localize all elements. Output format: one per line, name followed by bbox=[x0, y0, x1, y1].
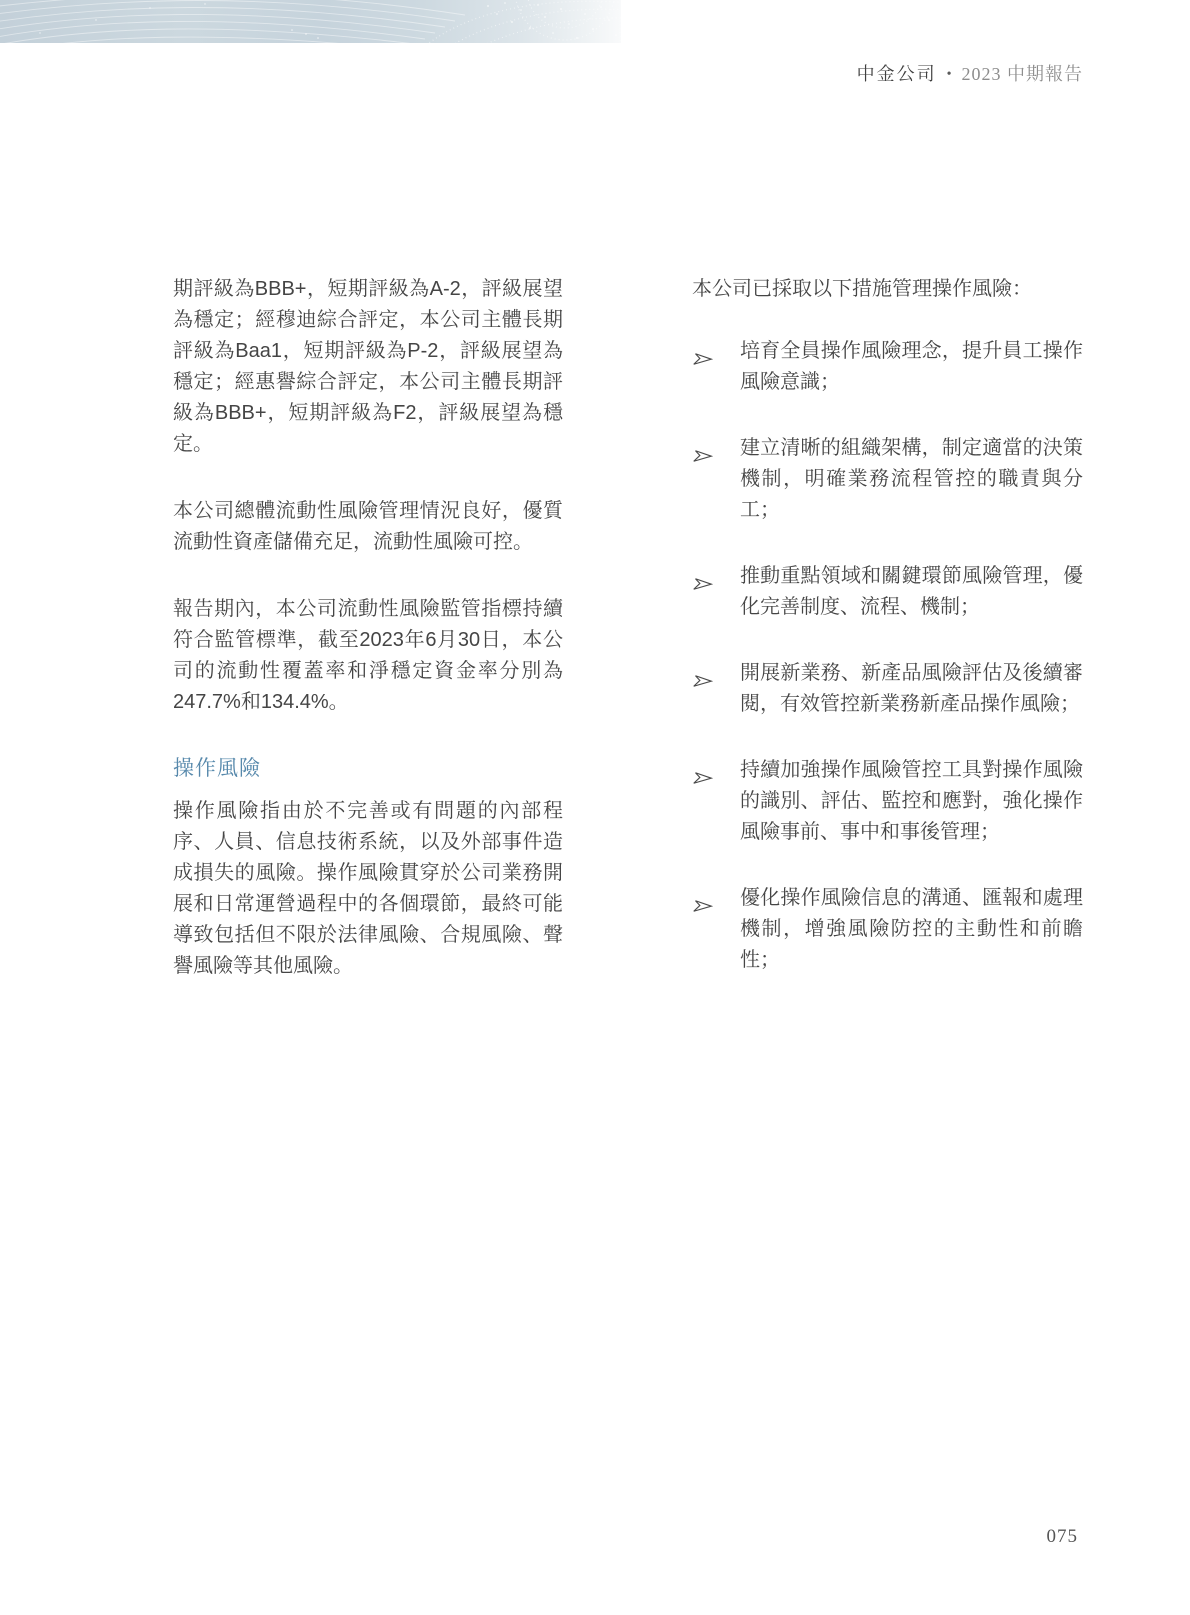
section-heading-operational-risk: 操作風險 bbox=[173, 754, 563, 784]
page-number: 075 bbox=[1047, 1526, 1079, 1548]
arrow-bullet-icon bbox=[692, 658, 740, 720]
bullet-item: 開展新業務、新產品風險評估及後續審閱，有效管控新業務新產品操作風險； bbox=[692, 658, 1083, 720]
arrow-bullet-icon bbox=[692, 336, 740, 398]
left-column: 期評級為BBB+，短期評級為A-2，評級展望為穩定；經穆迪綜合評定，本公司主體長… bbox=[173, 274, 563, 982]
header-decorative-band bbox=[0, 0, 621, 43]
bullet-item: 優化操作風險信息的溝通、匯報和處理機制，增強風險防控的主動性和前瞻性； bbox=[692, 883, 1083, 976]
arrow-bullet-icon bbox=[692, 755, 740, 848]
bullet-text: 優化操作風險信息的溝通、匯報和處理機制，增強風險防控的主動性和前瞻性； bbox=[740, 883, 1083, 976]
band-pattern-graphic bbox=[0, 0, 621, 43]
bullet-text: 開展新業務、新產品風險評估及後續審閱，有效管控新業務新產品操作風險； bbox=[740, 658, 1083, 720]
bullet-item: 推動重點領域和關鍵環節風險管理，優化完善制度、流程、機制； bbox=[692, 561, 1083, 623]
report-page: 中金公司•2023 中期報告 期評級為BBB+，短期評級為A-2，評級展望為穩定… bbox=[0, 0, 1190, 1615]
arrow-bullet-icon bbox=[692, 561, 740, 623]
paragraph-liquidity-management: 本公司總體流動性風險管理情況良好，優質流動性資產儲備充足，流動性風險可控。 bbox=[173, 496, 563, 558]
company-name: 中金公司 bbox=[857, 64, 937, 84]
bullet-item: 培育全員操作風險理念，提升員工操作風險意識； bbox=[692, 336, 1083, 398]
paragraph-liquidity-indicators: 報告期內，本公司流動性風險監管指標持續符合監管標準，截至2023年6月30日，本… bbox=[173, 594, 563, 718]
bullet-item: 持續加強操作風險管控工具對操作風險的識別、評估、監控和應對，強化操作風險事前、事… bbox=[692, 755, 1083, 848]
arrow-bullet-icon bbox=[692, 433, 740, 526]
measures-intro: 本公司已採取以下措施管理操作風險： bbox=[692, 274, 1083, 305]
bullet-text: 推動重點領域和關鍵環節風險管理，優化完善制度、流程、機制； bbox=[740, 561, 1083, 623]
header-separator-dot: • bbox=[947, 67, 952, 82]
bullet-item: 建立清晰的組織架構，制定適當的決策機制，明確業務流程管控的職責與分工； bbox=[692, 433, 1083, 526]
right-column: 本公司已採取以下措施管理操作風險： 培育全員操作風險理念，提升員工操作風險意識；… bbox=[692, 274, 1083, 1011]
arrow-bullet-icon bbox=[692, 883, 740, 976]
bullet-text: 培育全員操作風險理念，提升員工操作風險意識； bbox=[740, 336, 1083, 398]
report-title: 2023 中期報告 bbox=[962, 64, 1084, 84]
paragraph-operational-risk-definition: 操作風險指由於不完善或有問題的內部程序、人員、信息技術系統，以及外部事件造成損失… bbox=[173, 796, 563, 982]
paragraph-credit-ratings: 期評級為BBB+，短期評級為A-2，評級展望為穩定；經穆迪綜合評定，本公司主體長… bbox=[173, 274, 563, 460]
bullet-text: 建立清晰的組織架構，制定適當的決策機制，明確業務流程管控的職責與分工； bbox=[740, 433, 1083, 526]
bullet-text: 持續加強操作風險管控工具對操作風險的識別、評估、監控和應對，強化操作風險事前、事… bbox=[740, 755, 1083, 848]
page-header: 中金公司•2023 中期報告 bbox=[857, 62, 1083, 87]
